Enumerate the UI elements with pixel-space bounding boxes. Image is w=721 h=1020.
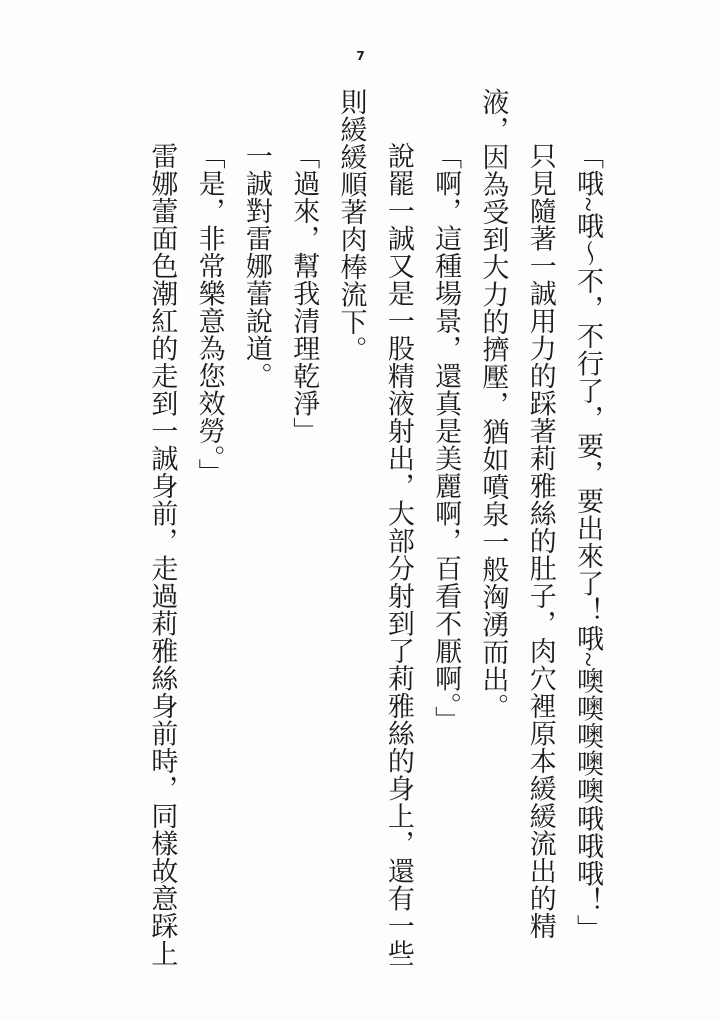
vertical-text-block: 「哦~哦〜不，不行了，要，要出來了！哦~噢噢噢噢噢哦哦哦！」只見隨著一誠用力的踩… [137, 88, 611, 950]
text-column: 「哦~哦〜不，不行了，要，要出來了！哦~噢噢噢噢噢哦哦哦！」 [564, 88, 611, 950]
book-page: 7 「哦~哦〜不，不行了，要，要出來了！哦~噢噢噢噢噢哦哦哦！」只見隨著一誠用力… [0, 0, 721, 1020]
text-column: 雷娜蕾面色潮紅的走到一誠身前，走過莉雅絲身前時，同樣故意踩上 [138, 88, 185, 950]
page-number: 7 [0, 49, 721, 63]
text-column: 「啊，這種場景，還真是美麗啊，百看不厭啊。」 [422, 88, 469, 950]
text-column: 只見隨著一誠用力的踩著莉雅絲的肚子，肉穴裡原本緩緩流出的精 [516, 88, 563, 950]
text-column: 液，因為受到大力的擠壓，猶如噴泉一般洶湧而出。 [469, 88, 516, 950]
text-column: 一誠對雷娜蕾說道。 [233, 88, 280, 950]
text-column: 「是，非常樂意為您效勞。」 [185, 88, 232, 950]
text-column: 「過來，幫我清理乾淨」 [280, 88, 327, 950]
text-column: 則緩緩順著肉棒流下。 [327, 88, 374, 950]
text-column: 說罷一誠又是一股精液射出，大部分射到了莉雅絲的身上，還有一些 [375, 88, 422, 950]
